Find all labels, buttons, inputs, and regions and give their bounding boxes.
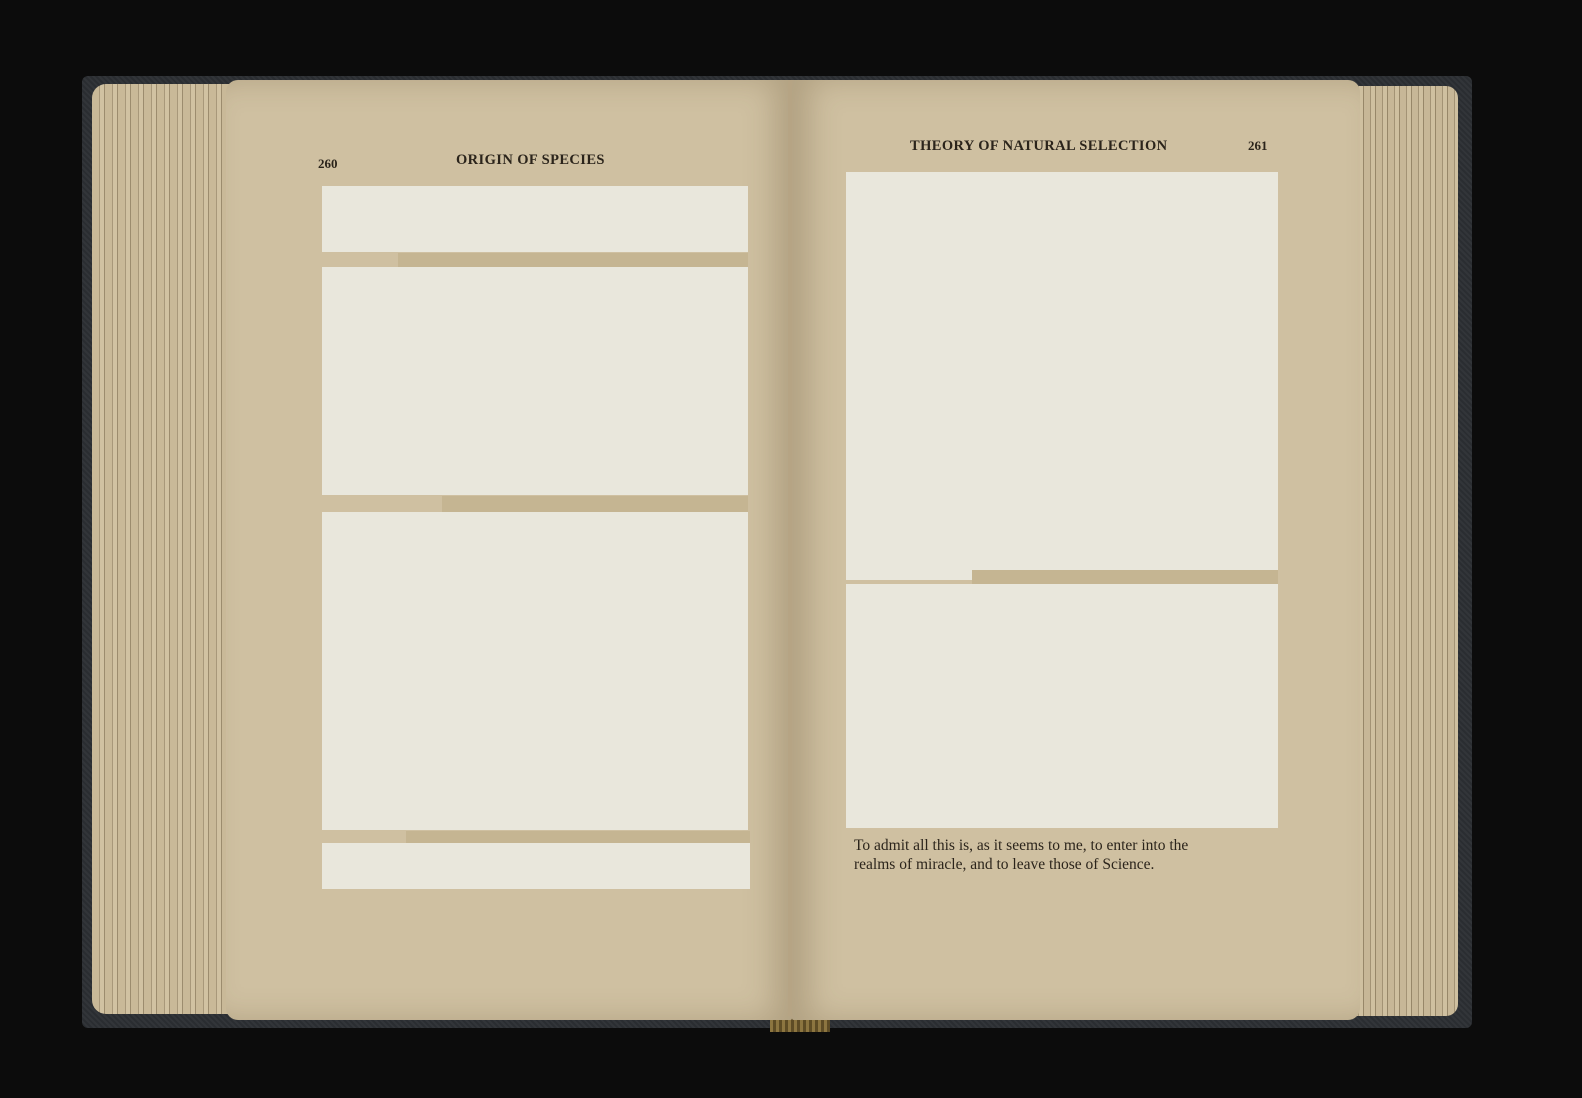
erasure-tape [322, 843, 750, 889]
visible-passage: To admit all this is, as it seems to me,… [854, 836, 1284, 874]
erasure-tape [322, 512, 748, 830]
passage-line-1: To admit all this is, as it seems to me,… [854, 836, 1284, 855]
erasure-tape [846, 584, 1278, 828]
exposed-text-strip [406, 831, 750, 843]
right-running-header: THEORY OF NATURAL SELECTION [910, 138, 1168, 155]
right-page-edges [1352, 86, 1458, 1016]
exposed-text-strip [398, 253, 748, 267]
left-page-number: 260 [318, 156, 338, 172]
left-page-edges [92, 84, 232, 1014]
passage-line-2: realms of miracle, and to leave those of… [854, 855, 1284, 874]
erasure-tape [846, 172, 1278, 580]
exposed-text-strip [442, 496, 748, 512]
erasure-tape [322, 267, 748, 495]
erasure-tape [322, 186, 748, 252]
exposed-text-strip [972, 570, 1278, 584]
right-page-number: 261 [1248, 138, 1268, 154]
left-running-header: ORIGIN OF SPECIES [456, 152, 605, 169]
right-page: THEORY OF NATURAL SELECTION 261 [792, 80, 1360, 1020]
left-page: 260 ORIGIN OF SPECIES [226, 80, 792, 1020]
